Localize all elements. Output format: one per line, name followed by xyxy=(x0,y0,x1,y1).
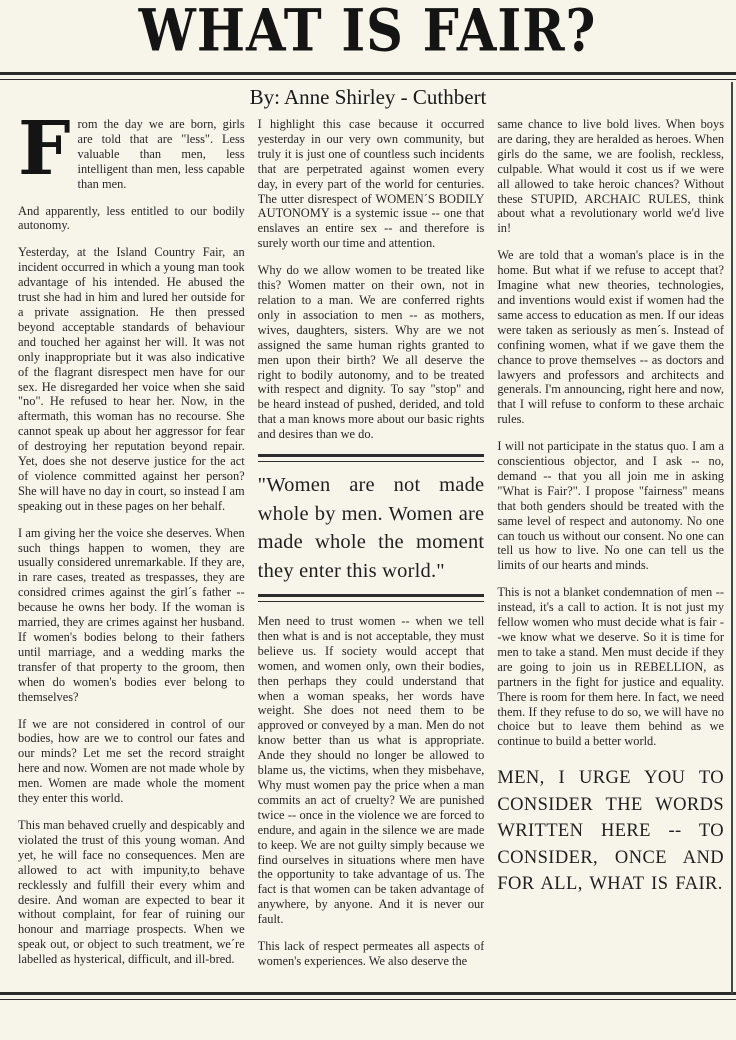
article-paragraph: I am giving her the voice she deserves. … xyxy=(18,526,245,705)
article-paragraph: Why do we allow women to be treated like… xyxy=(258,263,485,442)
article-column-1: From the day we are born, girls are told… xyxy=(18,117,245,987)
paragraph-text: rom the day we are born, girls are told … xyxy=(78,117,245,191)
pull-quote-rule-top xyxy=(258,454,485,462)
article-paragraph: If we are not considered in control of o… xyxy=(18,717,245,806)
article-column-2: I highlight this case because it occurre… xyxy=(258,117,485,987)
article-body: From the day we are born, girls are told… xyxy=(0,115,736,987)
article-paragraph: Men need to trust women -- when we tell … xyxy=(258,614,485,927)
article-paragraph: From the day we are born, girls are told… xyxy=(18,117,245,192)
article-paragraph: This is not a blanket condemnation of me… xyxy=(497,585,724,749)
article-paragraph: I will not participate in the status quo… xyxy=(497,439,724,573)
article-paragraph: This lack of respect permeates all aspec… xyxy=(258,939,485,969)
newspaper-page: WHAT IS FAIR? By: Anne Shirley - Cuthber… xyxy=(0,0,736,1040)
headline-rule xyxy=(0,72,736,80)
pull-quote-block: "Women are not made whole by men. Women … xyxy=(258,454,485,602)
article-paragraph: And apparently, less entitled to our bod… xyxy=(18,204,245,234)
drop-cap: F xyxy=(18,117,78,178)
article-paragraph: I highlight this case because it occurre… xyxy=(258,117,485,251)
page-title: WHAT IS FAIR? xyxy=(139,0,597,65)
pull-quote-rule-bottom xyxy=(258,594,485,602)
closing-statement: MEN, I URGE YOU TO CONSIDER THE WORDS WR… xyxy=(497,765,724,898)
masthead: WHAT IS FAIR? xyxy=(0,0,736,69)
byline: By: Anne Shirley - Cuthbert xyxy=(0,80,736,115)
article-paragraph: Yesterday, at the Island Country Fair, a… xyxy=(18,245,245,513)
page-right-border xyxy=(731,82,733,994)
article-paragraph: We are told that a woman's place is in t… xyxy=(497,248,724,427)
page-bottom-rule xyxy=(0,992,736,1000)
article-column-3: same chance to live bold lives. When boy… xyxy=(497,117,724,987)
pull-quote: "Women are not made whole by men. Women … xyxy=(258,471,485,585)
article-paragraph: This man behaved cruelly and despicably … xyxy=(18,818,245,967)
article-paragraph: same chance to live bold lives. When boy… xyxy=(497,117,724,236)
